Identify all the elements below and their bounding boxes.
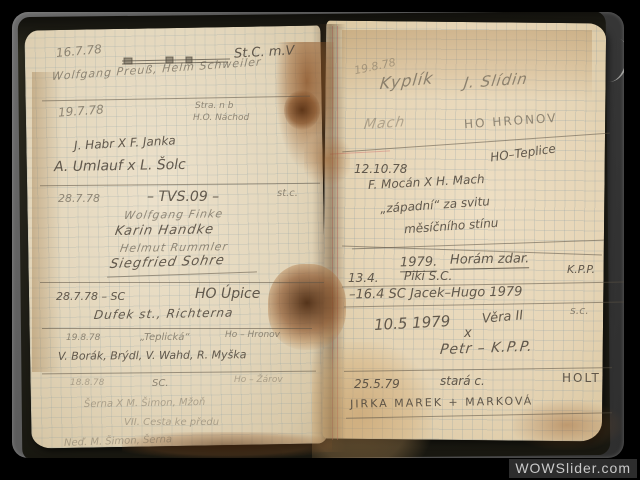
- log-note: st.c.: [277, 188, 298, 199]
- wowslider-watermark-link[interactable]: WOWSlider.com: [509, 459, 637, 478]
- log-club: K.P.P.: [567, 263, 595, 276]
- slider-stage: 16.7.78 St.C. m.V Wolfgang Preuß, Helm S…: [0, 0, 640, 480]
- log-note: HOLT: [562, 371, 601, 385]
- log-note: SC.: [152, 378, 169, 389]
- pencil-rule: [42, 328, 312, 329]
- log-name: Karin Handke: [114, 222, 215, 239]
- log-date: 12.10.78: [354, 162, 407, 176]
- log-names: V. Borák, Brýdl, V. Wahd, R. Myška: [58, 348, 247, 363]
- log-club: Ho – Žárov: [234, 375, 283, 385]
- log-route: – TVS.09 –: [147, 189, 219, 205]
- log-name: Mach: [363, 114, 406, 133]
- log-date: 25.5.79: [354, 377, 400, 391]
- log-date: 19.8.78: [66, 333, 100, 343]
- log-names: A. Umlauf x L. Šolc: [54, 157, 186, 175]
- spine-shadow: [312, 24, 346, 452]
- log-date: 13.4.: [348, 271, 379, 285]
- log-date: 18.8.78: [70, 378, 104, 388]
- log-x-mark: x: [464, 326, 472, 341]
- log-route: „Teplická“: [140, 332, 190, 343]
- notebook-photo[interactable]: 16.7.78 St.C. m.V Wolfgang Preuß, Helm S…: [12, 12, 624, 458]
- log-note: s.c.: [570, 304, 589, 317]
- log-route: Piki S.C.: [404, 269, 452, 283]
- log-club: HO Úpice: [195, 286, 260, 302]
- log-name: Wolfgang Finke: [123, 207, 224, 222]
- log-name: Petr – K.P.P.: [439, 339, 533, 358]
- log-names: Šerna X M. Šimon, Mžoň: [84, 397, 205, 410]
- log-note: Stra. n b: [195, 101, 233, 111]
- log-route: VII. Cesta ke předu: [124, 417, 219, 428]
- log-route: –16.4 SC Jacek–Hugo 1979: [349, 284, 523, 302]
- log-route: stará c.: [440, 374, 485, 388]
- log-date: 28.7.78: [58, 192, 100, 205]
- pencil-rule: [40, 282, 324, 283]
- log-club: Ho – Hronov: [225, 330, 280, 340]
- log-date: 28.7.78 – SC: [56, 290, 125, 303]
- log-motto: Horám zdar.: [450, 251, 529, 269]
- log-names: Dufek st., Richterna: [93, 306, 234, 322]
- log-club: H.O. Náchod: [193, 113, 249, 123]
